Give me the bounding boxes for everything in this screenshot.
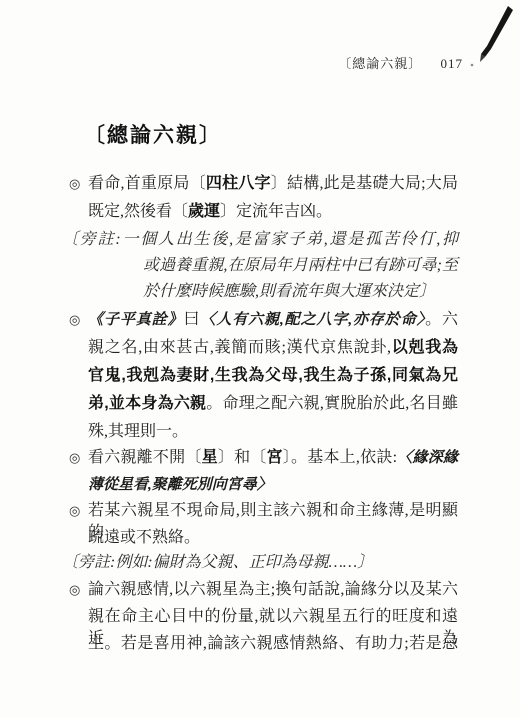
bullet-marker: ◎ — [69, 309, 80, 331]
text-line: 親在命主心目中的份量,就以六親星五行的旺度和遠近為 — [88, 606, 458, 628]
text-segment-bold: 以剋我為 — [391, 339, 458, 356]
text-segment-bold: 歲運 — [188, 203, 220, 220]
book-title-segment: 《子平真詮》 — [88, 312, 184, 328]
text-line: 《子平真詮》曰〈人有六親,配之八字,亦存於命〉。六 — [88, 309, 458, 331]
text-line: 論六親感情,以六親星為主;換句話說,論緣分以及某六 — [88, 579, 458, 601]
text-segment: 。六 — [425, 311, 458, 328]
text-segment: 親之名,由來甚古,義簡而賅;漢代京焦說卦, — [88, 339, 391, 356]
text-segment-bold: 四柱八字 — [206, 175, 271, 192]
text-segment-bold: 官鬼,我剋為妻財,生我為父母,我生為子孫,同氣為兄 — [88, 367, 458, 384]
text-line: 若某六親星不現命局,則主該六親和命主緣薄,是明顯的 — [88, 500, 458, 522]
text-segment-kai: 〔旁註:一個人出生後,是富家子弟,還是孤苦伶仃,抑 — [62, 231, 458, 248]
text-segment-bold: 星 — [202, 449, 218, 466]
text-segment-kai: 於什麼時候應驗,則看流年與大運來決定〕 — [143, 283, 435, 300]
text-segment: 疏遠或不熟絡。 — [88, 529, 200, 546]
quote-segment: 薄從星看,聚離死別向宮尋〉 — [88, 477, 272, 493]
side-note-line: 或過養重親,在原局年月兩柱中已有跡可尋;至 — [143, 255, 458, 277]
quote-segment: 〈緣深緣 — [397, 450, 458, 466]
bullet-marker: ◎ — [69, 579, 80, 601]
text-segment: 看命,首重原局〔 — [88, 175, 206, 192]
book-page: 〔總論六親〕 017 〔總論六親〕 ◎ ◎ ◎ ◎ ◎ 看命,首重原局〔四柱八字… — [0, 0, 520, 717]
brush-stroke-icon — [458, 4, 516, 74]
text-line: 官鬼,我剋為妻財,生我為父母,我生為子孫,同氣為兄 — [88, 365, 458, 387]
page-header: 〔總論六親〕 017 — [338, 53, 463, 72]
text-line: 薄從星看,聚離死別向宮尋〉 — [88, 474, 458, 496]
text-segment: 〕結構,此是基礎大局;大局 — [271, 175, 458, 192]
text-segment-bold: 宮 — [267, 449, 283, 466]
side-note-line: 〔旁註:一個人出生後,是富家子弟,還是孤苦伶仃,抑 — [62, 229, 458, 251]
text-segment: 既定,然後看〔 — [88, 203, 188, 220]
quote-segment: 〈人有六親,配之八字,亦存於命〉 — [200, 312, 425, 328]
text-segment: 主。若是喜用神,論該六親感情熱絡、有助力;若是忌 — [88, 635, 458, 652]
text-segment: 〕定流年吉凶。 — [220, 203, 332, 220]
text-segment-kai: 〔旁註:例如:偏財為父親、正印為母親……〕 — [62, 554, 373, 571]
text-line: 親之名,由來甚古,義簡而賅;漢代京焦說卦,以剋我為 — [88, 337, 458, 359]
bullet-marker: ◎ — [69, 173, 80, 195]
text-line: 殊,其理則一。 — [88, 421, 458, 443]
text-segment: 看六親離不開〔 — [88, 449, 202, 466]
bullet-marker: ◎ — [69, 447, 80, 469]
side-note-line: 〔旁註:例如:偏財為父親、正印為母親……〕 — [62, 552, 458, 574]
side-note-line: 於什麼時候應驗,則看流年與大運來決定〕 — [143, 281, 458, 303]
text-line: 看六親離不開〔星〕和〔宮〕。基本上,依訣:〈緣深緣 — [88, 447, 458, 469]
text-segment: 〕。基本上,依訣: — [283, 449, 397, 466]
header-chapter-label: 〔總論六親〕 — [338, 56, 422, 71]
text-segment: 。命理之配六親,實脫胎於此,名目雖 — [206, 395, 458, 412]
text-segment: 〕和〔 — [218, 449, 267, 466]
text-segment-bold: 弟,並本身為六親 — [88, 395, 206, 412]
text-segment: 論六親感情,以六親星為主;換句話說,論緣分以及某六 — [88, 581, 458, 598]
text-line: 疏遠或不熟絡。 — [88, 527, 458, 549]
text-segment-kai: 或過養重親,在原局年月兩柱中已有跡可尋;至 — [143, 257, 458, 274]
text-line: 弟,並本身為六親。命理之配六親,實脫胎於此,名目雖 — [88, 393, 458, 415]
section-title: 〔總論六親〕 — [84, 119, 222, 149]
bullet-marker: ◎ — [69, 500, 80, 522]
text-line: 主。若是喜用神,論該六親感情熱絡、有助力;若是忌 — [88, 633, 458, 655]
text-line: 既定,然後看〔歲運〕定流年吉凶。 — [88, 201, 458, 223]
text-segment: 曰 — [184, 311, 201, 328]
page-number: 017 — [441, 56, 464, 71]
text-line: 看命,首重原局〔四柱八字〕結構,此是基礎大局;大局 — [88, 173, 458, 195]
text-segment: 殊,其理則一。 — [88, 423, 188, 440]
